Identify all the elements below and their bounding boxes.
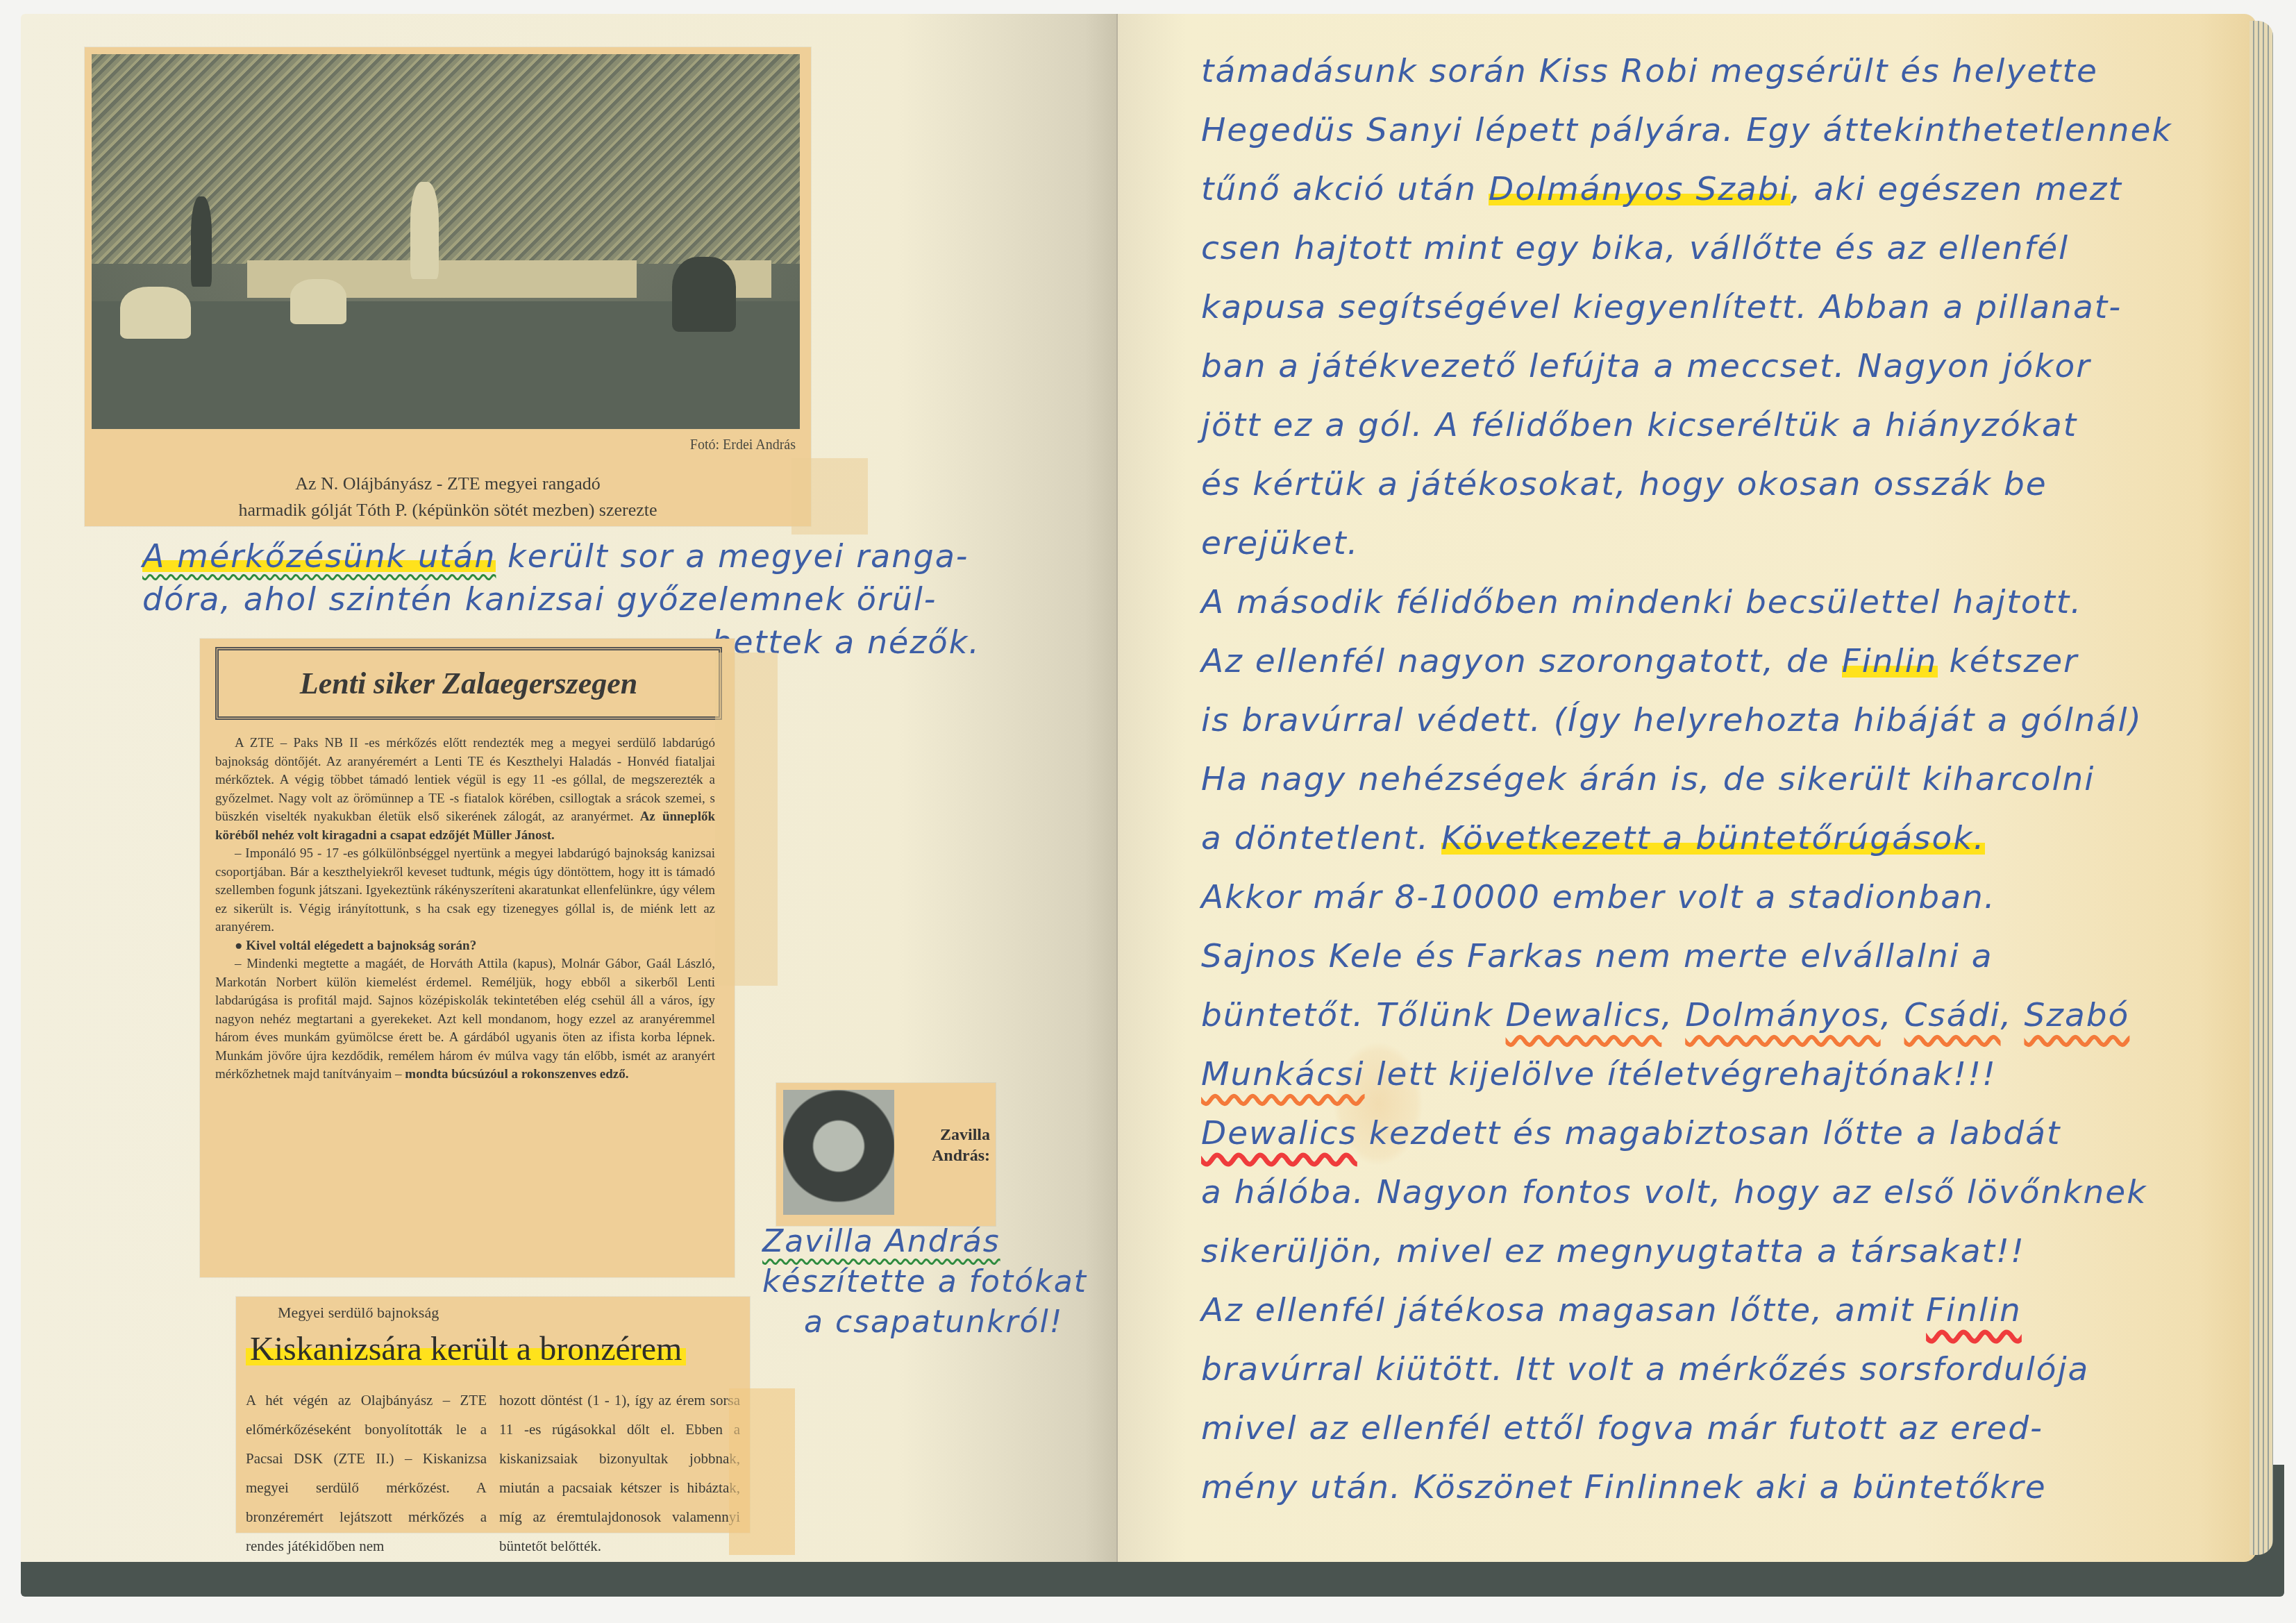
note-line: dóra, ahol szintén kanizsai győzelemnek … <box>142 578 1128 621</box>
diary-text: büntetőt. Tőlünk <box>1201 996 1506 1034</box>
marked-name: Finlin <box>1926 1291 2022 1329</box>
diary-line: a döntetlent. Következett a büntetőrúgás… <box>1201 809 2229 868</box>
portrait-name: Zavilla András: <box>901 1125 990 1166</box>
interview-question: ● Kivel voltál elégedett a bajnokság sor… <box>215 937 715 956</box>
diary-text: , <box>1661 996 1685 1034</box>
diary-line: ban a játékvezető lefújta a meccset. Nag… <box>1201 337 2229 396</box>
diary-text: kezdett és magabiztosan lőtte a labdát <box>1357 1114 2061 1152</box>
article-headline: Kiskanizsára került a bronzérem <box>246 1330 686 1368</box>
diary-text: tűnő akció után <box>1201 170 1489 208</box>
diary-text: Az ellenfél nagyon szorongatott, de <box>1201 642 1842 680</box>
diary-line: A második félidőben mindenki becsülettel… <box>1201 573 2229 632</box>
diary-line: mény után. Köszönet Finlinnek aki a bünt… <box>1201 1458 2229 1517</box>
diary-text: Az ellenfél játékosa magasan lőtte, amit <box>1201 1291 1926 1329</box>
marked-name: Dolmányos <box>1685 996 1880 1034</box>
marked-name: Dolmányos Szabi <box>1489 170 1791 208</box>
ad-banner <box>460 260 637 298</box>
article-paragraph: – Mindenki megtette a magáét, de Horváth… <box>215 955 715 1084</box>
diary-line: Sajnos Kele és Farkas nem merte elvállal… <box>1201 927 2229 986</box>
diary-line: Dewalics kezdett és magabiztosan lőtte a… <box>1201 1104 2229 1163</box>
portrait-clipping: Zavilla András: <box>776 1083 996 1226</box>
tape-strip <box>715 653 778 986</box>
note-text: került sor a megyei ranga- <box>496 537 969 575</box>
tape-strip <box>729 1388 795 1555</box>
marked-name: Szabó <box>2024 996 2129 1034</box>
scrapbook-spread: Fotó: Erdei András Az N. Olájbányász - Z… <box>21 14 2270 1562</box>
diary-line: Akkor már 8-10000 ember volt a stadionba… <box>1201 868 2229 927</box>
diary-line: csen hajtott mint egy bika, vállőtte és … <box>1201 219 2229 278</box>
note-line: a csapatunkról! <box>762 1302 1123 1343</box>
marked-name: Csádi <box>1904 996 2001 1034</box>
note-line: A mérkőzésünk után került sor a megyei r… <box>142 535 1128 578</box>
photo-clipping: Fotó: Erdei András Az N. Olájbányász - Z… <box>85 47 811 526</box>
headline-box: Lenti siker Zalaegerszegen <box>215 647 722 720</box>
marked-name: Dewalics <box>1201 1114 1357 1152</box>
diary-text: sikerüljön, mivel ez megnyugtatta a társ… <box>1201 1232 2025 1270</box>
diary-text: csen hajtott mint egy bika, vállőtte és … <box>1201 229 2069 267</box>
diary-line: mivel az ellenfél ettől fogva már futott… <box>1201 1399 2229 1458</box>
diary-text: Akkor már 8-10000 ember volt a stadionba… <box>1201 878 1996 916</box>
diary-text: a hálóba. Nagyon fontos volt, hogy az el… <box>1201 1173 2147 1211</box>
highlighted-phrase: A mérkőzésünk után <box>142 537 496 575</box>
diary-text: a döntetlent. <box>1201 819 1441 857</box>
name-line: Zavilla <box>901 1125 990 1145</box>
diary-text: lett kijelölve ítéletvégrehajtónak!!! <box>1365 1055 1997 1093</box>
diary-text: erejüket. <box>1201 524 1359 562</box>
tape-strip <box>791 458 868 535</box>
diary-line: jött ez a gól. A félidőben kicseréltük a… <box>1201 396 2229 455</box>
note-line: Zavilla András <box>762 1222 1123 1262</box>
diary-text: bravúrral kiütött. Itt volt a mérkőzés s… <box>1201 1350 2089 1388</box>
player-figure <box>410 182 439 279</box>
diary-line: Munkácsi lett kijelölve ítéletvégrehajtó… <box>1201 1045 2229 1104</box>
match-photo <box>92 54 800 429</box>
diary-text: jött ez a gól. A félidőben kicseréltük a… <box>1201 406 2077 444</box>
diary-line: is bravúrral védett. (Így helyrehozta hi… <box>1201 691 2229 750</box>
lenti-article-clipping: Lenti siker Zalaegerszegen A ZTE – Paks … <box>200 639 735 1277</box>
diary-line: kapusa segítségével kiegyenlített. Abban… <box>1201 278 2229 337</box>
article-headline: Lenti siker Zalaegerszegen <box>300 666 637 701</box>
name-line: András: <box>901 1145 990 1166</box>
diary-text: , <box>1881 996 1904 1034</box>
diary-text: kapusa segítségével kiegyenlített. Abban… <box>1201 288 2122 326</box>
diary-line: és kértük a játékosokat, hogy okosan oss… <box>1201 455 2229 514</box>
player-figure <box>290 279 347 324</box>
article-paragraph: A ZTE – Paks NB II -es mérkőzés előtt re… <box>215 734 715 845</box>
portrait-photo <box>783 1090 894 1215</box>
goalkeeper-figure <box>672 257 736 332</box>
marked-name: Következett a büntetőrúgások. <box>1441 819 1985 857</box>
handwritten-note-zavilla: Zavilla András készítette a fotókat a cs… <box>762 1222 1123 1343</box>
caption-line: harmadik gólját Tóth P. (képünkön sötét … <box>85 497 811 523</box>
diary-line: büntetőt. Tőlünk Dewalics, Dolmányos, Cs… <box>1201 986 2229 1045</box>
paragraph-bold-text: mondta búcsúzóul a rokonszenves edző. <box>402 1067 629 1082</box>
diary-text: kétszer <box>1938 642 2079 680</box>
caption-line: Az N. Olájbányász - ZTE megyei rangadó <box>85 471 811 497</box>
photo-caption: Az N. Olájbányász - ZTE megyei rangadó h… <box>85 471 811 523</box>
diary-line: Ha nagy nehézségek árán is, de sikerült … <box>1201 750 2229 809</box>
player-figure <box>191 196 212 287</box>
diary-text: ban a játékvezető lefújta a meccset. Nag… <box>1201 347 2091 385</box>
diary-text: Sajnos Kele és Farkas nem merte elvállal… <box>1201 937 1993 975</box>
article-column: A hét végén az Olajbányász – ZTE előmérk… <box>246 1386 487 1561</box>
article-body: A ZTE – Paks NB II -es mérkőzés előtt re… <box>215 734 715 1084</box>
article-paragraph: – Imponáló 95 - 17 -es gólkülönbséggel n… <box>215 845 715 937</box>
diary-line: bravúrral kiütött. Itt volt a mérkőzés s… <box>1201 1340 2229 1399</box>
article-columns: A hét végén az Olajbányász – ZTE előmérk… <box>246 1386 740 1561</box>
bronze-article-clipping: Megyei serdülő bajnokság Kiskanizsára ke… <box>236 1297 750 1533</box>
diary-text: és kértük a játékosokat, hogy okosan oss… <box>1201 465 2047 503</box>
diary-line: támadásunk során Kiss Robi megsérült és … <box>1201 42 2229 101</box>
diary-line: a hálóba. Nagyon fontos volt, hogy az el… <box>1201 1163 2229 1222</box>
diary-line: tűnő akció után Dolmányos Szabi, aki egé… <box>1201 160 2229 219</box>
handwritten-diary-entry: támadásunk során Kiss Robi megsérült és … <box>1201 42 2229 1517</box>
diary-text: mivel az ellenfél ettől fogva már futott… <box>1201 1409 2043 1447</box>
diary-text: , aki egészen mezt <box>1791 170 2122 208</box>
diary-line: Az ellenfél nagyon szorongatott, de Finl… <box>1201 632 2229 691</box>
marked-name: Finlin <box>1842 642 1938 680</box>
page-edges <box>2249 21 2273 1555</box>
diary-text: Hegedüs Sanyi lépett pályára. Egy átteki… <box>1201 111 2172 149</box>
article-column: hozott döntést (1 - 1), így az érem sors… <box>499 1386 740 1561</box>
paragraph-text: – Mindenki megtette a magáét, de Horváth… <box>215 957 715 1082</box>
diary-text: mény után. Köszönet Finlinnek aki a bünt… <box>1201 1468 2047 1506</box>
diary-line: Hegedüs Sanyi lépett pályára. Egy átteki… <box>1201 101 2229 160</box>
photo-credit: Fotó: Erdei András <box>690 437 796 453</box>
diary-text: , <box>2001 996 2025 1034</box>
marked-name: Munkácsi <box>1201 1055 1365 1093</box>
diary-text: is bravúrral védett. (Így helyrehozta hi… <box>1201 701 2143 739</box>
diary-line: erejüket. <box>1201 514 2229 573</box>
diary-line: Az ellenfél játékosa magasan lőtte, amit… <box>1201 1281 2229 1340</box>
note-line: készítette a fotókat <box>762 1262 1123 1302</box>
player-figure <box>120 287 191 339</box>
diary-text: Ha nagy nehézségek árán is, de sikerült … <box>1201 760 2095 798</box>
marked-name: Dewalics <box>1506 996 1662 1034</box>
article-kicker: Megyei serdülő bajnokság <box>278 1304 439 1322</box>
diary-line: sikerüljön, mivel ez megnyugtatta a társ… <box>1201 1222 2229 1281</box>
left-page: Fotó: Erdei András Az N. Olájbányász - Z… <box>21 14 1118 1562</box>
diary-text: támadásunk során Kiss Robi megsérült és … <box>1201 52 2098 90</box>
diary-text: A második félidőben mindenki becsülettel… <box>1201 583 2082 621</box>
